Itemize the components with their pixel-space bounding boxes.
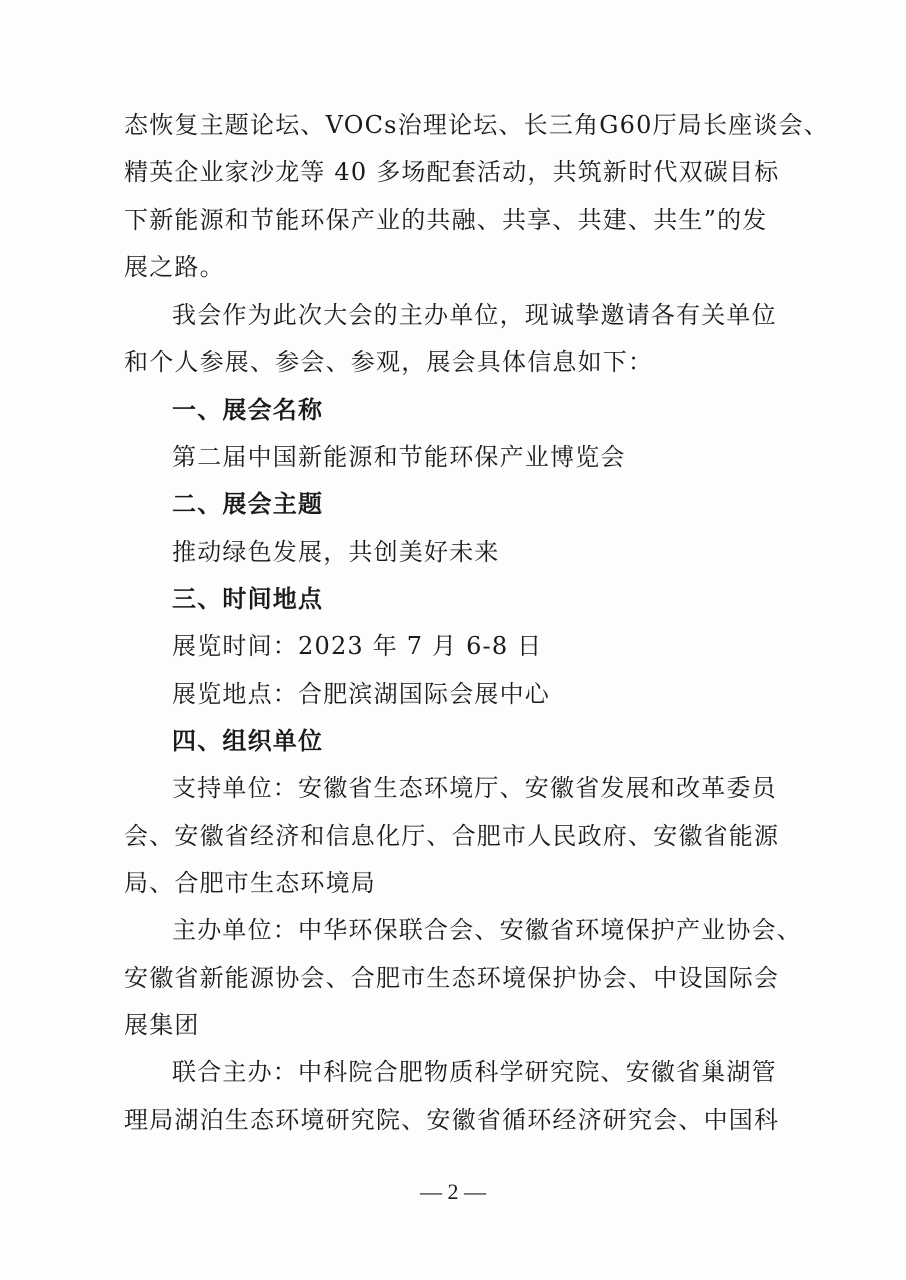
section-heading-exhibition-name: 一、展会名称 xyxy=(172,390,812,430)
supporting-units-line: 局、合肥市生态环境局 xyxy=(124,863,764,903)
paragraph-line: 态恢复主题论坛、VOCs治理论坛、长三角G60厅局长座谈会、 xyxy=(124,105,764,145)
paragraph-line: 展之路。 xyxy=(124,247,764,287)
exhibition-location: 展览地点：合肥滨湖国际会展中心 xyxy=(172,674,812,714)
exhibition-time: 展览时间：2023 年 7 月 6-8 日 xyxy=(172,626,812,666)
document-page: 态恢复主题论坛、VOCs治理论坛、长三角G60厅局长座谈会、 精英企业家沙龙等 … xyxy=(0,0,906,1280)
paragraph-line: 精英企业家沙龙等 40 多场配套活动，共筑新时代双碳目标 xyxy=(124,152,764,192)
section-heading-organizers: 四、组织单位 xyxy=(172,721,812,761)
co-host-units-line: 理局湖泊生态环境研究院、安徽省循环经济研究会、中国科 xyxy=(124,1100,764,1140)
section-heading-exhibition-theme: 二、展会主题 xyxy=(172,484,812,524)
exhibition-theme: 推动绿色发展，共创美好未来 xyxy=(172,532,812,572)
co-host-units-line: 联合主办：中科院合肥物质科学研究院、安徽省巢湖管 xyxy=(172,1052,812,1092)
paragraph-line: 我会作为此次大会的主办单位，现诚挚邀请各有关单位 xyxy=(172,295,812,335)
exhibition-name: 第二届中国新能源和节能环保产业博览会 xyxy=(172,437,812,477)
section-heading-time-location: 三、时间地点 xyxy=(172,579,812,619)
page-number: — 2 — xyxy=(0,1177,906,1207)
supporting-units-line: 支持单位：安徽省生态环境厅、安徽省发展和改革委员 xyxy=(172,768,812,808)
paragraph-line: 和个人参展、参会、参观，展会具体信息如下： xyxy=(124,342,764,382)
paragraph-line: 下新能源和节能环保产业的共融、共享、共建、共生”的发 xyxy=(124,200,764,240)
host-units-line: 安徽省新能源协会、合肥市生态环境保护协会、中设国际会 xyxy=(124,958,764,998)
host-units-line: 展集团 xyxy=(124,1005,764,1045)
supporting-units-line: 会、安徽省经济和信息化厅、合肥市人民政府、安徽省能源 xyxy=(124,816,764,856)
host-units-line: 主办单位：中华环保联合会、安徽省环境保护产业协会、 xyxy=(172,910,812,950)
